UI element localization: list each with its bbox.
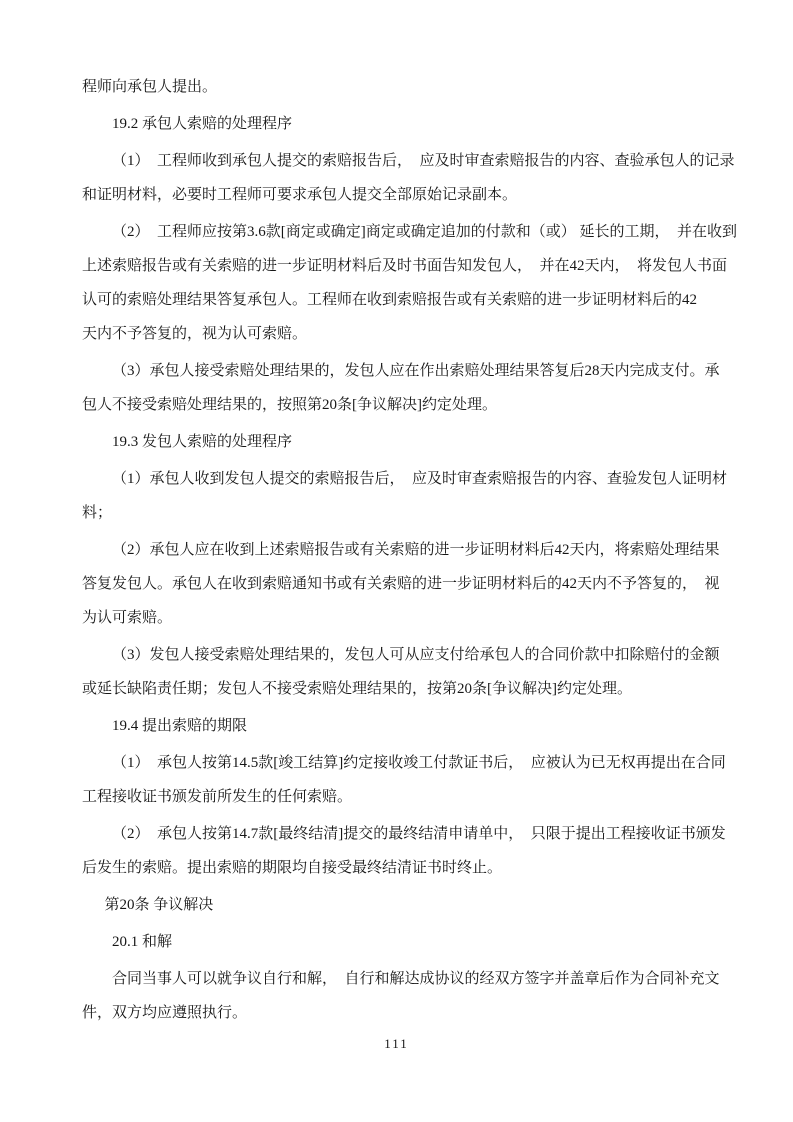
document-body: 程师向承包人提出。 19.2 承包人索赔的处理程序 （1） 工程师收到承包人提交… — [82, 70, 722, 1033]
paragraph-19-3-item-1: （1）承包人收到发包人提交的索赔报告后， 应及时审查索赔报告的内容、查验发包人证… — [82, 462, 722, 530]
text-line: （2） 工程师应按第3.6款[商定或确定]商定或确定追加的付款和（或） 延长的工… — [112, 224, 737, 240]
section-heading-19-3: 19.3 发包人索赔的处理程序 — [82, 425, 722, 459]
text-line: 合同当事人可以就争议自行和解， 自行和解达成协议的经双方签字并盖章后作为合同补充… — [112, 971, 720, 987]
text-line: 后发生的索赔。提出索赔的期限均自接受最终结清证书时终止。 — [82, 860, 502, 876]
paragraph-19-2-item-2: （2） 工程师应按第3.6款[商定或确定]商定或确定追加的付款和（或） 延长的工… — [82, 215, 722, 351]
section-heading-19-4: 19.4 提出索赔的期限 — [82, 709, 722, 743]
text-line: 或延长缺陷责任期；发包人不接受索赔处理结果的，按第20条[争议解决]约定处理。 — [82, 681, 632, 697]
paragraph-19-2-item-3: （3）承包人接受索赔处理结果的，发包人应在作出索赔处理结果答复后28天内完成支付… — [82, 354, 722, 422]
text-line: 程师向承包人提出。 — [82, 79, 217, 95]
paragraph-19-4-item-2: （2） 承包人按第14.7款[最终结清]提交的最终结清申请单中， 只限于提出工程… — [82, 817, 722, 885]
text-line: （1） 承包人按第14.5款[竣工结算]约定接收竣工付款证书后， 应被认为已无权… — [112, 755, 726, 771]
text-line: 包人不接受索赔处理结果的，按照第20条[争议解决]约定处理。 — [82, 397, 497, 413]
paragraph-19-2-item-1: （1） 工程师收到承包人提交的索赔报告后， 应及时审查索赔报告的内容、查验承包人… — [82, 144, 722, 212]
text-line: 答复发包人。承包人在收到索赔通知书或有关索赔的进一步证明材料后的42天内不予答复… — [82, 576, 720, 592]
text-line: （3）承包人接受索赔处理结果的，发包人应在作出索赔处理结果答复后28天内完成支付… — [112, 363, 720, 379]
text-line: （2）承包人应在收到上述索赔报告或有关索赔的进一步证明材料后42天内，将索赔处理… — [112, 542, 720, 558]
text-line: （1）承包人收到发包人提交的索赔报告后， 应及时审查索赔报告的内容、查验发包人证… — [112, 471, 727, 487]
text-line: 料； — [82, 505, 112, 521]
text-line: 19.2 承包人索赔的处理程序 — [112, 116, 292, 132]
text-line: 19.4 提出索赔的期限 — [112, 718, 247, 734]
clause-20-heading: 第20条 争议解决 — [82, 888, 722, 922]
text-line: 认可的索赔处理结果答复承包人。工程师在收到索赔报告或有关索赔的进一步证明材料后的… — [82, 292, 697, 308]
text-line: 第20条 争议解决 — [105, 897, 214, 913]
continuation-paragraph: 程师向承包人提出。 — [82, 70, 722, 104]
text-line: （1） 工程师收到承包人提交的索赔报告后， 应及时审查索赔报告的内容、查验承包人… — [112, 153, 735, 169]
text-line: （2） 承包人按第14.7款[最终结清]提交的最终结清申请单中， 只限于提出工程… — [112, 826, 726, 842]
text-line: 为认可索赔。 — [82, 610, 172, 626]
document-page: 程师向承包人提出。 19.2 承包人索赔的处理程序 （1） 工程师收到承包人提交… — [0, 0, 793, 1122]
text-line: 工程接收证书颁发前所发生的任何索赔。 — [82, 789, 352, 805]
text-line: 件，双方均应遵照执行。 — [82, 1005, 247, 1021]
page-number: 111 — [0, 1036, 793, 1052]
text-line: 20.1 和解 — [112, 934, 172, 950]
section-heading-19-2: 19.2 承包人索赔的处理程序 — [82, 107, 722, 141]
paragraph-19-4-item-1: （1） 承包人按第14.5款[竣工结算]约定接收竣工付款证书后， 应被认为已无权… — [82, 746, 722, 814]
paragraph-19-3-item-2: （2）承包人应在收到上述索赔报告或有关索赔的进一步证明材料后42天内，将索赔处理… — [82, 533, 722, 635]
section-heading-20-1: 20.1 和解 — [82, 925, 722, 959]
text-line: 天内不予答复的，视为认可索赔。 — [82, 326, 307, 342]
text-line: 和证明材料，必要时工程师可要求承包人提交全部原始记录副本。 — [82, 187, 517, 203]
paragraph-19-3-item-3: （3）发包人接受索赔处理结果的，发包人可从应支付给承包人的合同价款中扣除赔付的金… — [82, 638, 722, 706]
text-line: 19.3 发包人索赔的处理程序 — [112, 434, 292, 450]
text-line: （3）发包人接受索赔处理结果的，发包人可从应支付给承包人的合同价款中扣除赔付的金… — [112, 647, 720, 663]
paragraph-20-1: 合同当事人可以就争议自行和解， 自行和解达成协议的经双方签字并盖章后作为合同补充… — [82, 962, 722, 1030]
text-line: 上述索赔报告或有关索赔的进一步证明材料后及时书面告知发包人， 并在42天内， 将… — [82, 258, 727, 274]
